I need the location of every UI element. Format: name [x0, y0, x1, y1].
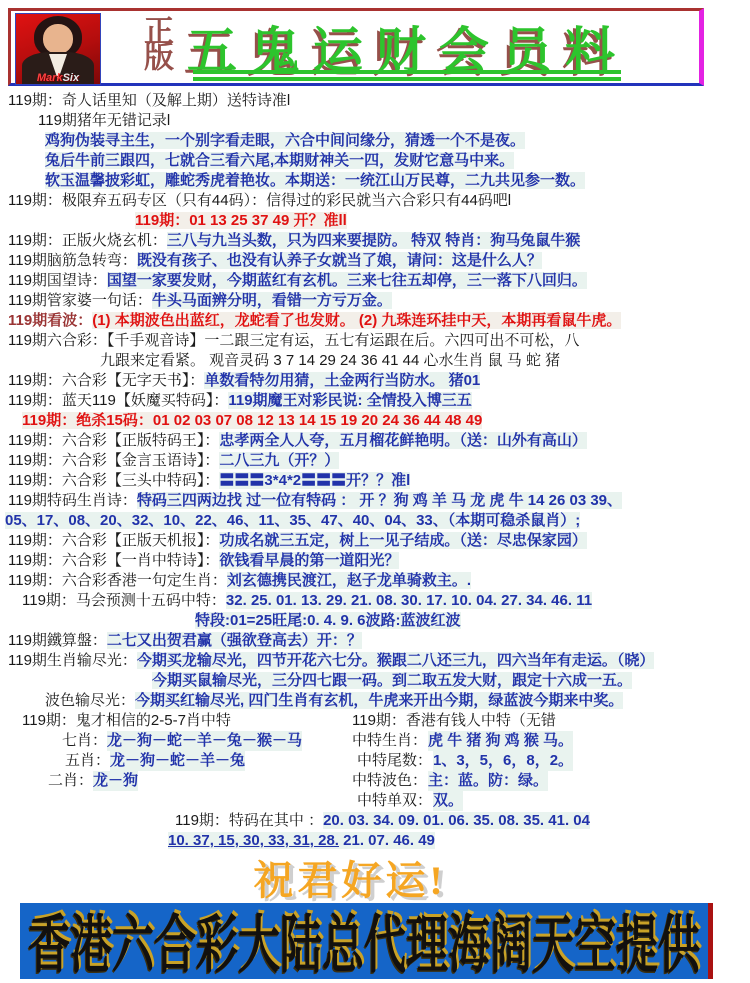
- text-line: 119期：马会预测十五码中特：32. 25. 01. 13. 29. 21. 0…: [0, 591, 750, 611]
- text-segment: 119期：六合彩【金言玉语诗】：: [8, 452, 219, 469]
- text-segment: 119期：六合彩【正版特码王】：: [8, 432, 219, 449]
- text-line: 119期：六合彩香港一句定生肖：刘玄德携民渡江，赵子龙单骑救主。.: [0, 571, 750, 591]
- text-line: 特段:01=25旺尾:0. 4. 9. 6波路:蓝波红波: [0, 611, 750, 631]
- text-segment: 119期：鬼才相信的2-5-7肖中特: [22, 711, 231, 731]
- text-segment: (1) 本期波色出蓝红，龙蛇看了也发财。 (2) 九珠连环挂中天，本期再看鼠牛虎…: [92, 312, 621, 329]
- portrait-face: [43, 24, 73, 54]
- text-segment: 119期：六合彩【正版天机报】：: [8, 532, 219, 549]
- text-segment: 119期：六合彩【三头中特码】：: [8, 472, 219, 489]
- text-segment: 兔后牛前三跟四，七就合三看六尾,本期财神关一四，发财它意马中来。: [45, 152, 514, 169]
- text-segment: 119期：蓝天119【妖魔买特码】：: [8, 392, 228, 409]
- text-line: 119期：六合彩【无字天书】：单数看特勿用猜，土金两行当防水。 猪01: [0, 371, 750, 391]
- text-segment: 21. 07. 46. 49: [339, 832, 435, 849]
- text-segment: 特码三四两边找 过一位有特码 ： 开 ？: [137, 492, 394, 509]
- text-line: 10. 37, 15, 30, 33, 31, 28. 21. 07. 46. …: [0, 831, 750, 851]
- text-segment: 刘玄德携民渡江，赵子龙单骑救主。.: [227, 572, 471, 589]
- title-underline: [193, 77, 621, 81]
- text-segment: 119期：绝杀15码：: [22, 412, 153, 429]
- text-segment: 九跟来定看紧。 观音灵码 3 7 14 29 24 36 41 44 心水生肖 …: [100, 352, 560, 369]
- text-segment: 开？？准l: [346, 472, 410, 489]
- text-line: 中特单双：双。: [0, 791, 750, 811]
- text-segment: 119期生肖输尽光：: [8, 652, 137, 669]
- bottom-banner: 香港六合彩大陆总代理海阔天空提供: [20, 903, 713, 979]
- text-segment: 119期猪年无错记录l: [38, 112, 170, 129]
- text-segment: 牛头马面辨分明，看错一方亏万金。: [152, 292, 392, 309]
- content-lines: 119期：奇人话里知（及解上期）送特诗准l119期猪年无错记录l鸡狗伪装寻主生，…: [0, 91, 750, 851]
- text-segment: 中特波色：: [352, 771, 427, 791]
- text-line: 119期：奇人话里知（及解上期）送特诗准l: [0, 91, 750, 111]
- text-segment: 单数看特勿用猜，土金两行当防水。 猪01: [204, 372, 480, 389]
- text-line: 五肖：龙－狗－蛇－羊－兔中特尾数：1、3，5，6，8，2。: [0, 751, 750, 771]
- text-segment: 119期：六合彩香港一句定生肖：: [8, 572, 227, 589]
- text-line: 119期：鬼才相信的2-5-7肖中特119期：香港有钱人中特（无错: [0, 711, 750, 731]
- text-segment: 今期买鼠输尽光，三分四七跟一码。到二取五发大财，跟定十六成一五。: [152, 672, 632, 689]
- text-segment: 10. 37, 15, 30, 33, 31, 28.: [168, 832, 339, 849]
- text-segment: 119期脑筋急转弯：: [8, 252, 137, 269]
- text-segment: 中特单双：: [357, 791, 432, 811]
- text-line: 119期猪年无错记录l: [0, 111, 750, 131]
- text-line: 119期：六合彩【三头中特码】：〓〓〓3*4*2〓〓〓开？？准l: [0, 471, 750, 491]
- text-segment: 119期特码生肖诗：: [8, 492, 137, 509]
- title-underline: [193, 70, 621, 74]
- text-segment: 119期：特码在其中 ：: [175, 812, 323, 829]
- text-segment: 119期：六合彩【无字天书】：: [8, 372, 204, 389]
- text-segment: 119期：01 13 25 37 49 开？准ll: [135, 212, 347, 229]
- text-segment: 今期买龙输尽光，四节开花六七分。猴跟二八还三九，四六当年有走运。（晓）: [137, 652, 655, 669]
- text-segment: 忠孝两全人人夸，五月榴花鲜艳明。（送：山外有高山）: [219, 432, 587, 449]
- text-line: 119期国望诗：国望一家要发财，今期蓝红有玄机。三来七往五却停，三一落下八回归。: [0, 271, 750, 291]
- text-line: 119期看波：(1) 本期波色出蓝红，龙蛇看了也发财。 (2) 九珠连环挂中天，…: [0, 311, 750, 331]
- text-segment: 01 02 03 07 08 12 13 14 15 19 20 24 36 4…: [153, 412, 482, 429]
- text-segment: 119期：六合彩【一肖中特诗】：: [8, 552, 219, 569]
- text-line: 119期鐵算盤：二七又出贺君赢（强欲登高去）开：？: [0, 631, 750, 651]
- text-segment: 119期鐵算盤：: [8, 632, 107, 649]
- text-segment: 119期六合彩：【千手观音诗】一二跟三定有运，五七有运跟在后。六四可出不可松，八: [8, 332, 579, 349]
- text-segment: 119期：马会预测十五码中特：: [22, 592, 226, 609]
- text-segment: 119期：香港有钱人中特（无错: [352, 711, 556, 731]
- text-line: 119期：特码在其中 ：20. 03. 34. 09. 01. 06. 35. …: [0, 811, 750, 831]
- wish-text: 祝君好运!: [0, 849, 700, 906]
- text-segment: 〓〓〓3*4*2〓〓〓: [219, 472, 346, 489]
- text-line: 七肖：龙－狗－蛇－羊－兔－猴－马中特生肖：虎 牛 猪 狗 鸡 猴 马。: [0, 731, 750, 751]
- photo-caption-six: Six: [63, 72, 80, 84]
- text-segment: 119期：正版火烧玄机：: [8, 232, 167, 249]
- text-line: 119期管家婆一句话：牛头马面辨分明，看错一方亏万金。: [0, 291, 750, 311]
- text-line: 119期：六合彩【正版特码王】：忠孝两全人人夸，五月榴花鲜艳明。（送：山外有高山…: [0, 431, 750, 451]
- text-line: 119期特码生肖诗：特码三四两边找 过一位有特码 ： 开 ？狗 鸡 羊 马 龙 …: [0, 491, 750, 511]
- text-segment: 119期国望诗：: [8, 272, 107, 289]
- text-line: 今期买鼠输尽光，三分四七跟一码。到二取五发大财，跟定十六成一五。: [0, 671, 750, 691]
- text-segment: 欲钱看早晨的第一道阳光？: [219, 552, 399, 569]
- text-line: 119期：绝杀15码：01 02 03 07 08 12 13 14 15 19…: [0, 411, 750, 431]
- text-segment: 双。: [433, 791, 463, 811]
- text-segment: 二肖：: [48, 771, 93, 791]
- text-line: 119期：01 13 25 37 49 开？准ll: [0, 211, 750, 231]
- text-segment: 119期看波：: [8, 312, 92, 329]
- text-segment: 32. 25. 01. 13. 29. 21. 08. 30. 17. 10. …: [226, 592, 592, 609]
- text-segment: 虎 牛 猪 狗 鸡 猴 马。: [428, 731, 573, 751]
- text-segment: 119期魔王对彩民说: 全情投入博三五: [228, 392, 471, 409]
- text-segment: 龙－狗－蛇－羊－兔－猴－马: [107, 731, 302, 751]
- banner-text: 香港六合彩大陆总代理海阔天空提供: [28, 903, 700, 979]
- page: MarkSix 正版 五鬼运财会员料 119期：奇人话里知（及解上期）送特诗准l…: [0, 0, 750, 983]
- text-segment: 主：蓝。防：绿。: [428, 771, 548, 791]
- text-segment: 鸡狗伪装寻主生，一个别字看走眼，六合中间问缘分，猜透一个不是夜。: [45, 132, 525, 149]
- text-line: 119期生肖输尽光：今期买龙输尽光，四节开花六七分。猴跟二八还三九，四六当年有走…: [0, 651, 750, 671]
- text-segment: 中特尾数：: [357, 751, 432, 771]
- text-segment: 119期：奇人话里知（及解上期）送特诗准l: [8, 92, 290, 109]
- text-line: 鸡狗伪装寻主生，一个别字看走眼，六合中间问缘分，猜透一个不是夜。: [0, 131, 750, 151]
- text-segment: 20. 03. 34. 09. 01. 06. 35. 08. 35. 41. …: [323, 812, 590, 829]
- text-segment: 14 26 03 39、: [528, 492, 622, 509]
- text-segment: 狗 鸡 羊 马 龙 虎 牛: [394, 492, 528, 509]
- photo-caption: MarkSix: [16, 72, 100, 84]
- text-line: 119期：正版火烧玄机：三八与九当头数，只为四来要提防。 特双 特肖：狗马兔鼠牛…: [0, 231, 750, 251]
- text-segment: 功成名就三五定，树上一见子结成。（送：尽忠保家园）: [219, 532, 587, 549]
- text-segment: 五肖：: [65, 751, 110, 771]
- photo-caption-mark: Mark: [37, 72, 63, 84]
- text-line: 119期：六合彩【正版天机报】：功成名就三五定，树上一见子结成。（送：尽忠保家园…: [0, 531, 750, 551]
- text-segment: 119期：极限弃五码专区（只有44码）：信得过的彩民就当六合彩只有44码吧l: [8, 192, 511, 209]
- text-line: 软玉温馨披彩虹，雕蛇秀虎着艳妆。本期送：一统江山万民尊，二九共见参一数。: [0, 171, 750, 191]
- text-segment: 波色输尽光：: [45, 692, 135, 709]
- text-line: 九跟来定看紧。 观音灵码 3 7 14 29 24 36 41 44 心水生肖 …: [0, 351, 750, 371]
- text-segment: 三八与九当头数，只为四来要提防。 特双 特肖：狗马兔鼠牛猴: [167, 232, 580, 249]
- text-segment: 二八三九（开？）: [219, 452, 339, 469]
- text-line: 119期脑筋急转弯：既没有孩子、也没有认养子女就当了娘，请问：这是什么人？: [0, 251, 750, 271]
- text-line: 119期：极限弃五码专区（只有44码）：信得过的彩民就当六合彩只有44码吧l: [0, 191, 750, 211]
- text-segment: 119期管家婆一句话：: [8, 292, 152, 309]
- text-line: 波色输尽光：今期买红输尽光, 四门生肖有玄机，牛虎来开出今期，绿蓝波今期来中奖。: [0, 691, 750, 711]
- text-segment: 国望一家要发财，今期蓝红有玄机。三来七往五却停，三一落下八回归。: [107, 272, 587, 289]
- text-line: 119期六合彩：【千手观音诗】一二跟三定有运，五七有运跟在后。六四可出不可松，八: [0, 331, 750, 351]
- text-segment: 二七又出贺君赢（强欲登高去）开：？: [107, 632, 362, 649]
- text-line: 二肖：龙－狗中特波色：主：蓝。防：绿。: [0, 771, 750, 791]
- text-line: 119期：六合彩【一肖中特诗】：欲钱看早晨的第一道阳光？: [0, 551, 750, 571]
- text-segment: 中特生肖：: [352, 731, 427, 751]
- brand-vertical-label: 正版: [133, 15, 177, 83]
- text-segment: 龙－狗: [93, 771, 138, 791]
- text-segment: 特段:01=25旺尾:0. 4. 9. 6波路:蓝波红波: [195, 612, 461, 629]
- text-line: 119期：蓝天119【妖魔买特码】：119期魔王对彩民说: 全情投入博三五: [0, 391, 750, 411]
- text-segment: 既没有孩子、也没有认养子女就当了娘，请问：这是什么人？: [137, 252, 542, 269]
- text-segment: 05、17、08、20、32、10、22、46、11、35、47、40、04、3…: [5, 512, 580, 529]
- text-line: 05、17、08、20、32、10、22、46、11、35、47、40、04、3…: [0, 511, 750, 531]
- text-segment: 今期买红输尽光, 四门生肖有玄机，牛虎来开出今期，绿蓝波今期来中奖。: [135, 692, 623, 709]
- text-segment: 1、3，5，6，8，2。: [433, 751, 573, 771]
- header: MarkSix 正版 五鬼运财会员料: [8, 8, 704, 86]
- text-line: 兔后牛前三跟四，七就合三看六尾,本期财神关一四，发财它意马中来。: [0, 151, 750, 171]
- text-segment: 软玉温馨披彩虹，雕蛇秀虎着艳妆。本期送：一统江山万民尊，二九共见参一数。: [45, 172, 585, 189]
- text-segment: 龙－狗－蛇－羊－兔: [110, 751, 245, 771]
- portrait-photo: MarkSix: [15, 13, 101, 85]
- text-segment: 七肖：: [62, 731, 107, 751]
- text-line: 119期：六合彩【金言玉语诗】：二八三九（开？）: [0, 451, 750, 471]
